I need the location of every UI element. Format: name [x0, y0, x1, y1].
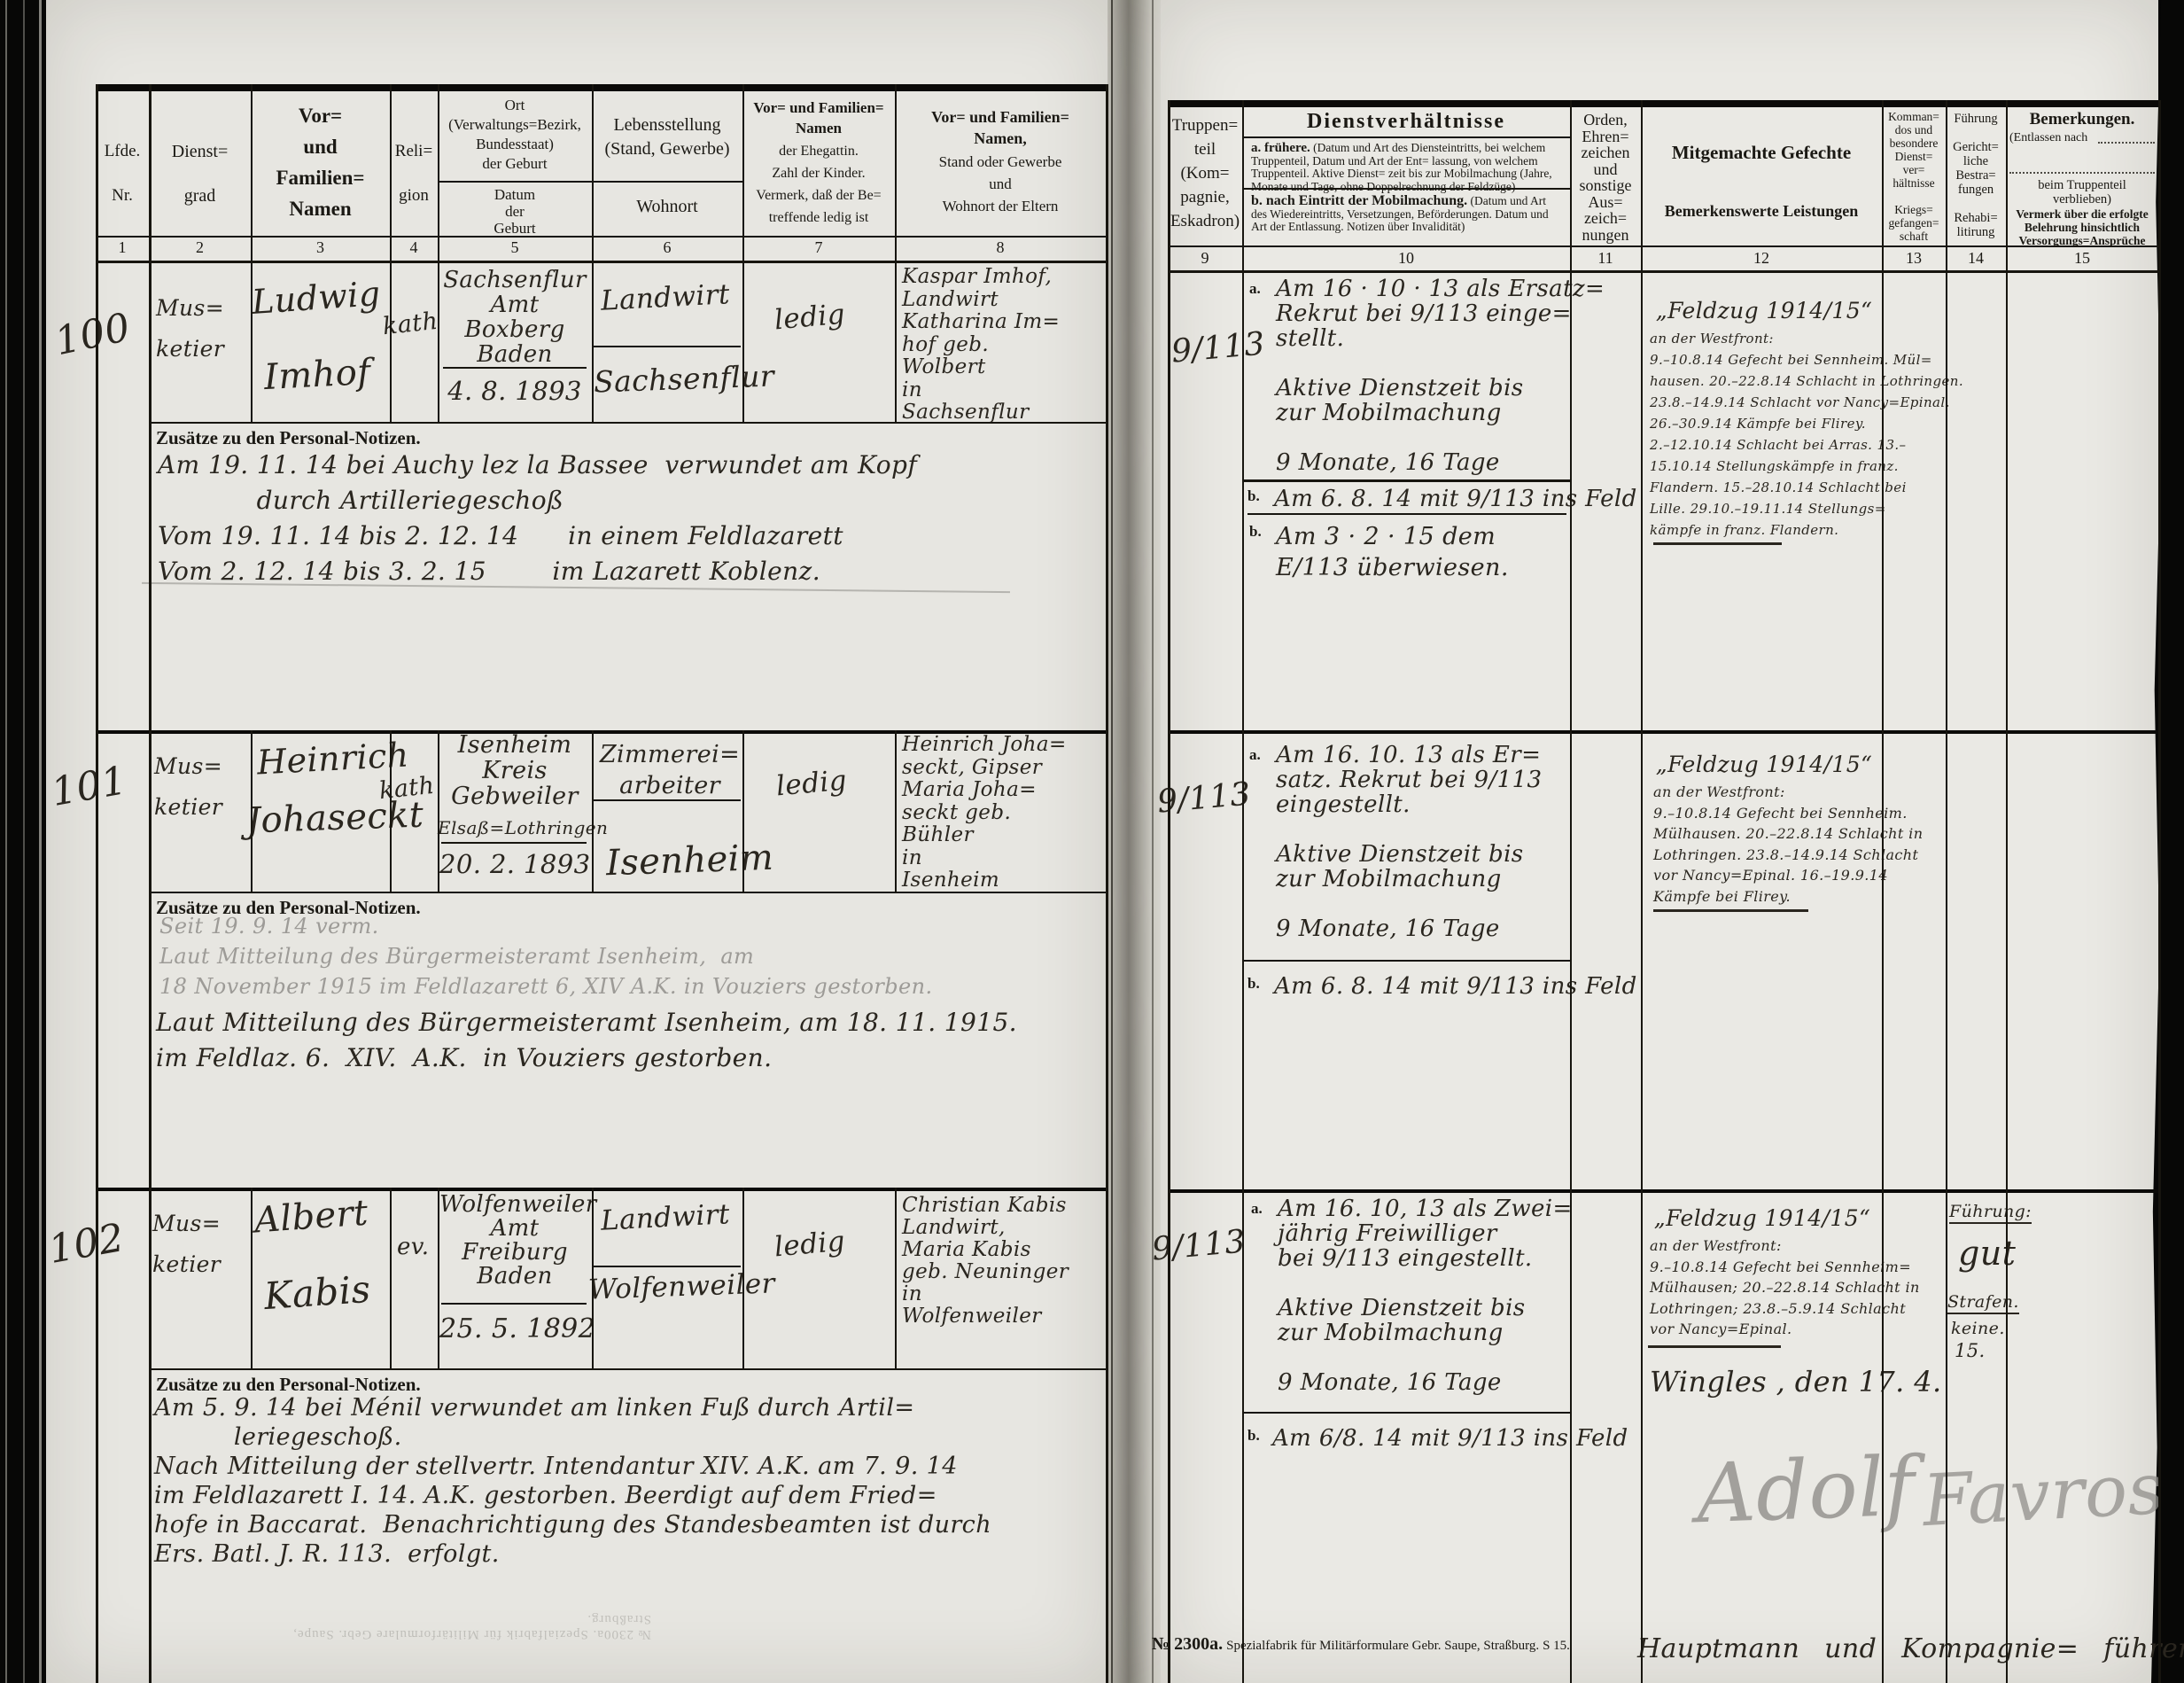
fold-crease-line — [1111, 0, 1113, 1683]
entry-rank: Mus= ketier — [154, 746, 222, 828]
binding-page-sliver — [5, 0, 7, 1683]
grid-line — [2098, 142, 2155, 144]
grid-line — [1242, 1412, 1570, 1414]
column-number: 8 — [895, 238, 1106, 257]
header-geburtsdatum: Datum der Geburt — [438, 186, 592, 237]
grid-line — [1168, 100, 1170, 1683]
grid-line — [96, 236, 1106, 238]
grid-line — [2006, 100, 2008, 1683]
entry-rank: Mus= ketier — [156, 288, 224, 370]
grid-line — [1247, 513, 1566, 515]
grid-line — [441, 1303, 587, 1305]
entry-marital-status: ledig — [773, 299, 847, 337]
grid-line — [438, 730, 439, 893]
grid-line — [1168, 1189, 2160, 1193]
entry-battles: an der Westfront: 9.–10.8.14 Gefecht bei… — [1650, 328, 1963, 541]
grid-line — [149, 422, 1106, 424]
form-a-mark: a. — [1249, 746, 1261, 764]
entry-personal-notes: Am 19. 11. 14 bei Auchy lez la Bassee ve… — [158, 448, 917, 589]
header-eltern-bold: Vor= und Familien= Namen, — [895, 106, 1106, 149]
header-ehegattin-rest: der Ehegattin. Zahl der Kinder. Vermerk,… — [742, 140, 895, 229]
entry-service-before: Am 16. 10. 13 als Er= satz. Rekrut bei 9… — [1276, 743, 1542, 941]
entry-birth-date: 4. 8. 1893 — [441, 376, 588, 406]
entry-campaign-title: „Feldzug 1914/15“ — [1653, 752, 1875, 777]
header-lfde-nr: Lfde. Nr. — [96, 129, 149, 218]
entry-birth-place: Sachsenflur Amt Boxberg Baden — [441, 268, 588, 367]
conduct-label: Führung: — [1949, 1202, 2032, 1224]
signature-last-name: Favros — [1921, 1447, 2166, 1542]
header-fuehrung: Führung Gericht= liche Bestra= fungen Re… — [1946, 112, 2006, 239]
header-truppenteil-verblieben: beim Truppenteil verblieben) — [2006, 179, 2158, 206]
signature-caption: Hauptmann und Kompagnie= führer — [1637, 1633, 2184, 1664]
fold-crease-line — [1152, 0, 1154, 1683]
grid-line — [1168, 270, 2160, 273]
mirrored-imprint-ghost: № 2300a. Spezialfabrik für Militärformul… — [226, 1611, 651, 1641]
grid-line — [443, 367, 587, 369]
grid-line — [2158, 100, 2161, 1683]
entry-birth-region: Elsaß=Lothringen — [438, 817, 590, 838]
header-truppenteil: Truppen= teil (Kom= pagnie, Eskadron) — [1168, 113, 1242, 233]
entry-occupation: Zimmerei= arbeiter — [597, 739, 742, 801]
entry-service-before: Am 16 · 10 · 13 als Ersatz= Rekrut bei 9… — [1276, 277, 1605, 475]
entry-personal-notes: Am 5. 9. 14 bei Ménil verwundet am linke… — [154, 1393, 991, 1569]
form-b-mark: b. — [1247, 487, 1260, 505]
entry-parents: Heinrich Joha= seckt, Gipser Maria Joha=… — [902, 734, 1067, 892]
column-number: 11 — [1570, 249, 1641, 268]
grid-line — [1653, 909, 1808, 912]
entry-birth-place: Isenheim Kreis Gebweiler — [439, 732, 590, 809]
grid-line — [441, 842, 587, 844]
grid-line — [895, 730, 897, 893]
form-a-mark: a. — [1249, 280, 1261, 298]
punishment-label: Strafen. — [1947, 1292, 2019, 1314]
grid-line — [1648, 1345, 1781, 1348]
header-geburtsort: Ort (Verwaltungs=Bezirk, Bundesstaat) de… — [438, 96, 592, 174]
punishment-value: keine. — [1951, 1319, 2005, 1338]
grid-line — [742, 84, 744, 424]
entry-parents: Kaspar Imhof, Landwirt Katharina Im= hof… — [902, 266, 1060, 425]
grid-line — [1242, 136, 1570, 138]
grid-line — [2009, 172, 2155, 174]
grid-line — [149, 892, 1106, 893]
entry-personal-notes-ink: Laut Mitteilung des Bürgermeisteramt Ise… — [156, 1005, 1017, 1076]
grid-line — [438, 84, 439, 424]
entry-first-name: Albert — [253, 1193, 369, 1242]
header-vor-familiennamen: Vor= und Familien= Namen — [251, 100, 390, 224]
grid-line — [1570, 100, 1572, 1683]
form-b-mark: b. — [1247, 1427, 1260, 1445]
grid-line — [96, 730, 1106, 734]
form-b-mark: b. — [1249, 523, 1262, 541]
grid-line — [390, 1188, 392, 1370]
entry-birth-date: 25. 5. 1892 — [439, 1313, 590, 1344]
entry-rank: Mus= ketier — [152, 1204, 221, 1285]
entry-battles: an der Westfront: 9.–10.8.14 Gefecht bei… — [1650, 1235, 1920, 1340]
header-dienstverhaeltnisse-b: b. nach Eintritt der Mobilmachung. (Datu… — [1251, 195, 1563, 234]
zusatz-label: Zusätze zu den Personal-Notizen. — [156, 427, 421, 449]
column-number: 9 — [1168, 249, 1242, 268]
binding-page-sliver — [39, 0, 42, 1683]
entry-marital-status: ledig — [773, 1226, 847, 1264]
form-a-mark: a. — [1251, 1200, 1263, 1218]
grid-line — [1641, 100, 1643, 1683]
entry-birth-place: Wolfenweiler Amt Freiburg Baden — [439, 1193, 590, 1289]
form-number: № 2300a. — [1152, 1634, 1223, 1654]
grid-line — [592, 181, 742, 183]
entry-last-name: Imhof — [263, 352, 372, 398]
grid-line — [592, 1188, 594, 1370]
column-number: 13 — [1882, 249, 1946, 268]
entry-campaign-title: „Feldzug 1914/15“ — [1652, 1205, 1873, 1231]
column-number: 2 — [149, 238, 251, 257]
header-dienstgrad: Dienst= grad — [149, 129, 251, 218]
entry-residence: Isenheim — [605, 838, 774, 884]
entry-service-mobilization-2: Am 3 · 2 · 15 dem E/113 überwiesen. — [1276, 521, 1509, 583]
binding-page-sliver — [23, 0, 25, 1683]
form-b-mark: b. — [1247, 975, 1260, 993]
entry-first-name: Heinrich — [256, 736, 410, 783]
header-ehegattin-bold: Vor= und Familien= Namen — [742, 97, 895, 138]
entry-service-mobilization-1: Am 6/8. 14 mit 9/113 ins Feld — [1272, 1425, 1628, 1452]
entry-service-mobilization-1: Am 6. 8. 14 mit 9/113 ins Feld — [1274, 973, 1637, 1000]
grid-line — [251, 84, 253, 424]
header-orden: Orden, Ehren= zeichen und sonstige Aus= … — [1570, 112, 1641, 243]
entry-birth-date: 20. 2. 1893 — [439, 849, 590, 879]
header-kommandos: Komman= dos und besondere Dienst= ver= h… — [1882, 110, 1946, 243]
header-eltern-rest: Stand oder Gewerbe und Wohnort der Elter… — [895, 151, 1106, 217]
grid-line — [149, 84, 152, 1683]
header-bemerkungen-title: Bemerkungen. — [2006, 110, 2158, 129]
header-leistungen: Bemerkenswerte Leistungen — [1641, 202, 1882, 221]
grid-line — [96, 261, 1106, 263]
entry-service-mobilization-1: Am 6. 8. 14 mit 9/113 ins Feld — [1274, 486, 1637, 512]
grid-line — [1242, 188, 1570, 190]
entry-marital-status: ledig — [775, 765, 849, 803]
grid-line — [1168, 245, 2160, 247]
grid-line — [251, 1188, 253, 1370]
entry-residence: Wolfenweiler — [587, 1267, 775, 1305]
grid-line — [895, 1188, 897, 1370]
entry-residence: Sachsenflur — [593, 358, 774, 399]
entry-campaign-title: „Feldzug 1914/15“ — [1653, 298, 1875, 323]
grid-line — [1242, 960, 1570, 962]
grid-line — [592, 346, 741, 347]
grid-line — [96, 1188, 1106, 1191]
header-religion: Reli= gion — [390, 129, 438, 218]
column-number: 1 — [96, 238, 149, 257]
grid-line — [592, 730, 594, 893]
entry-occupation: Landwirt — [600, 1198, 730, 1237]
grid-line — [742, 1188, 744, 1370]
grid-line — [1106, 84, 1108, 1683]
entry-occupation: Landwirt — [600, 278, 730, 317]
year-note: 15. — [1955, 1340, 1986, 1361]
entry-parents: Christian Kabis Landwirt, Maria Kabis ge… — [902, 1195, 1069, 1328]
grid-line — [895, 84, 897, 424]
grid-line — [1882, 100, 1884, 1683]
printer-name: Spezialfabrik für Militärformulare Gebr.… — [1226, 1639, 1539, 1653]
grid-line — [390, 730, 392, 893]
grid-line — [149, 1368, 1106, 1370]
column-number: 6 — [592, 238, 742, 257]
entry-service-before: Am 16. 10, 13 als Zwei= jährig Freiwilli… — [1278, 1196, 1573, 1395]
grid-line — [592, 1266, 741, 1267]
entry-religion: kath — [378, 772, 436, 805]
column-number: 14 — [1946, 249, 2006, 268]
header-wohnort: Wohnort — [592, 197, 742, 217]
grid-line — [1946, 100, 1947, 1683]
header-vermerk-belehrung: Vermerk über die erfolgte Belehrung hins… — [2006, 207, 2158, 247]
grid-line — [1242, 100, 1244, 1683]
printer-imprint: № 2300a. Spezialfabrik für Militärformul… — [1152, 1634, 1570, 1655]
column-number: 3 — [251, 238, 390, 257]
column-number: 10 — [1242, 249, 1570, 268]
grid-line — [251, 730, 253, 893]
grid-line — [592, 84, 594, 424]
entry-personal-notes-pencil: Seit 19. 9. 14 verm. Laut Mitteilung des… — [159, 911, 933, 1001]
grid-line — [96, 84, 98, 1683]
column-number: 7 — [742, 238, 895, 257]
printer-mark: S 15. — [1543, 1639, 1570, 1653]
entry-place-date: Wingles , den 17. 4. — [1650, 1365, 1942, 1399]
grid-line — [742, 730, 744, 893]
grid-line — [438, 1188, 439, 1370]
grid-line — [1168, 730, 2160, 734]
header-dienstverhaeltnisse-title: Dienstverhältnisse — [1242, 110, 1570, 134]
column-number: 12 — [1641, 249, 1882, 268]
grid-line — [592, 799, 741, 801]
column-number: 5 — [438, 238, 592, 257]
grid-line — [1242, 479, 1570, 482]
scanned-register-page: Lfde. Nr. Dienst= grad Vor= und Familien… — [0, 0, 2184, 1683]
column-number: 4 — [390, 238, 438, 257]
grid-line — [438, 181, 592, 183]
grid-line — [390, 84, 392, 424]
book-fold — [1108, 0, 1168, 1683]
entry-religion: ev. — [397, 1234, 429, 1260]
column-number: 15 — [2006, 249, 2158, 268]
grid-line — [96, 84, 1108, 91]
header-b-label: b. nach Eintritt der Mobilmachung. — [1251, 193, 1467, 208]
header-dienstverhaeltnisse-a: a. frühere. (Datum und Art des Dienstein… — [1251, 142, 1563, 193]
header-lebensstellung: Lebensstellung (Stand, Gewerbe) — [592, 113, 742, 161]
entry-last-name: Kabis — [262, 1267, 371, 1318]
grid-line — [1653, 542, 1782, 545]
grid-line — [1168, 100, 2160, 107]
header-gefechte: Mitgemachte Gefechte — [1641, 142, 1882, 164]
